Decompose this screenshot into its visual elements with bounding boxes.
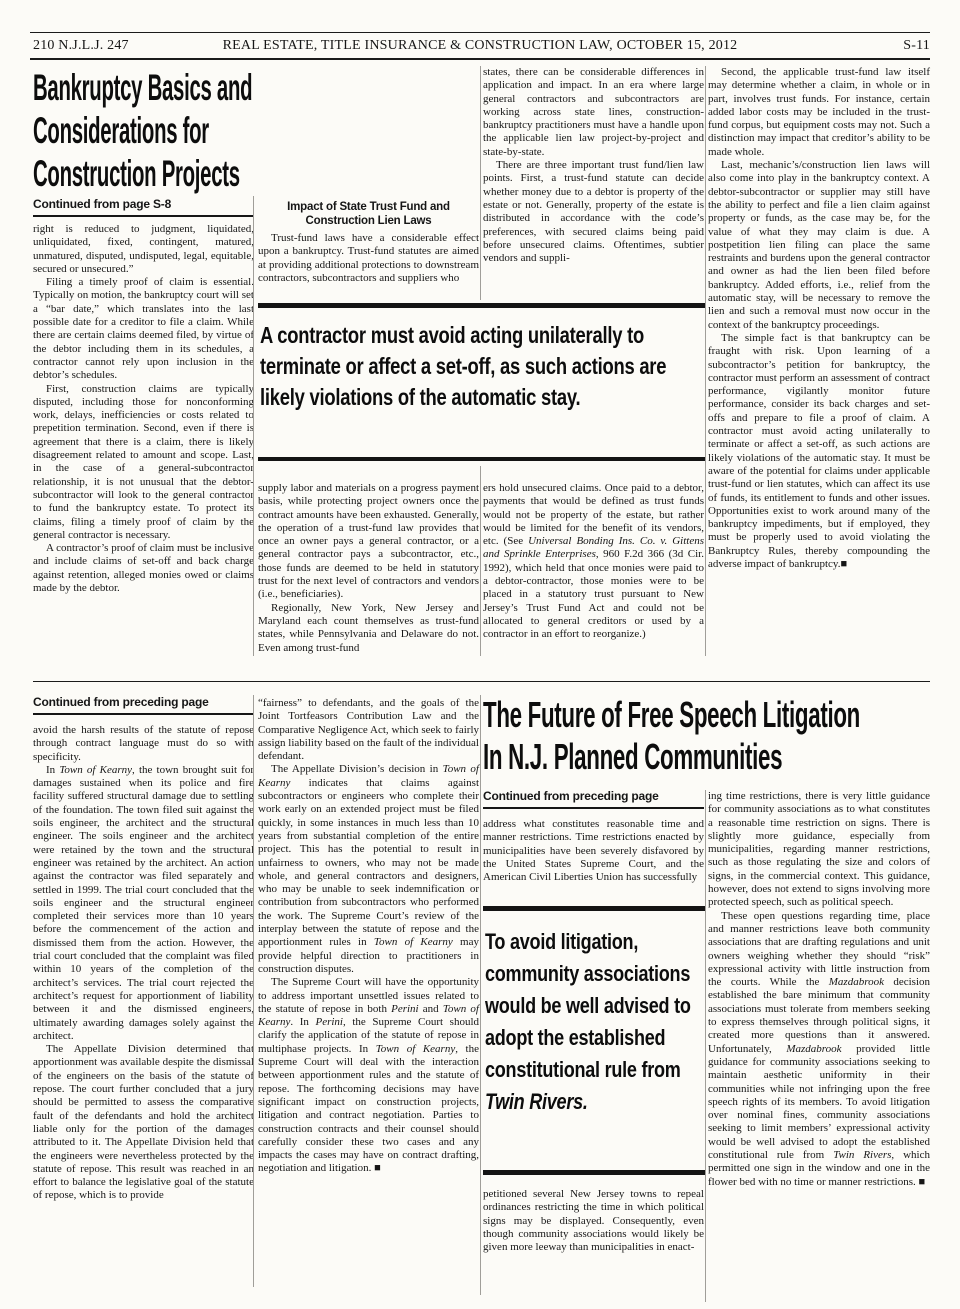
pull-quote-text: To avoid litigation, community associati… <box>485 926 705 1118</box>
article1-column3-top: states, there can be considerable differ… <box>483 66 704 265</box>
masthead-title: REAL ESTATE, TITLE INSURANCE & CONSTRUCT… <box>0 38 960 54</box>
pullquote1-bottom-bar <box>258 457 705 461</box>
section-heading-line2: Construction Lien Laws <box>258 214 479 228</box>
paragraph: address what constitutes reasonable time… <box>483 818 704 884</box>
paragraph: First, construction claims are typically… <box>33 383 254 543</box>
paragraph: Regionally, New York, New Jersey and Mar… <box>258 602 479 655</box>
paragraph: supply labor and materials on a progress… <box>258 482 479 602</box>
paragraph: petitioned several New Jersey towns to r… <box>483 1188 704 1254</box>
paragraph: The simple fact is that bankruptcy can b… <box>708 332 930 571</box>
pullquote1-top-bar <box>258 303 705 308</box>
pullquote2-bottom-bar <box>483 1170 705 1175</box>
article1-column1: right is reduced to judgment, liquidated… <box>33 223 254 595</box>
column-rule <box>253 196 254 656</box>
article3-column2: ing time restrictions, there is very lit… <box>708 790 930 1189</box>
column-rule <box>480 66 481 300</box>
paragraph: Trust-fund laws have a considerable effe… <box>258 232 479 285</box>
article1-column2-top: Trust-fund laws have a considerable effe… <box>258 232 479 285</box>
article3-pull-quote: To avoid litigation, community associati… <box>485 926 705 1118</box>
article3-column1-bottom: petitioned several New Jersey towns to r… <box>483 1188 704 1254</box>
paragraph: states, there can be considerable differ… <box>483 66 704 159</box>
paragraph: Last, mechanic’s/construction lien laws … <box>708 159 930 332</box>
article1-headline-line3: Construction Projects <box>33 152 256 195</box>
paragraph: There are three important trust fund/lie… <box>483 159 704 265</box>
masthead-top-rule <box>30 32 930 33</box>
article2-kicker: Continued from preceding page <box>33 695 254 715</box>
paragraph: Second, the applicable trust-fund law it… <box>708 66 930 159</box>
column-rule <box>480 695 481 1295</box>
paragraph: ing time restrictions, there is very lit… <box>708 790 930 910</box>
column-rule <box>480 466 481 656</box>
paragraph: right is reduced to judgment, liquidated… <box>33 223 254 276</box>
paragraph: “fairness” to defendants, and the goals … <box>258 697 479 763</box>
newspaper-page: 210 N.J.L.J. 247 REAL ESTATE, TITLE INSU… <box>0 0 960 1309</box>
section-divider-rule <box>33 681 930 682</box>
paragraph: Filing a timely proof of claim is essent… <box>33 276 254 382</box>
article3-headline-line2: In N.J. Planned Communities <box>483 736 931 778</box>
article1-column2-bottom: supply labor and materials on a progress… <box>258 482 479 655</box>
column-rule <box>705 790 706 1302</box>
section-heading-line1: Impact of State Trust Fund and <box>258 200 479 214</box>
article3-kicker: Continued from preceding page <box>483 789 704 809</box>
paragraph: avoid the harsh results of the statute o… <box>33 724 254 764</box>
paragraph: The Supreme Court will have the opportun… <box>258 976 479 1175</box>
paragraph: These open questions regarding time, pla… <box>708 910 930 1189</box>
paragraph: ers hold unsecured claims. Once paid to … <box>483 482 704 642</box>
masthead-page-number: S-11 <box>903 38 930 54</box>
article1-headline: Bankruptcy Basics and Considerations for… <box>33 66 254 195</box>
paragraph: The Appellate Division determined that a… <box>33 1043 254 1203</box>
article1-pull-quote: A contractor must avoid acting unilatera… <box>260 320 705 413</box>
article1-kicker: Continued from page S-8 <box>33 197 254 217</box>
pullquote2-top-bar <box>483 906 705 911</box>
pull-quote-text: A contractor must avoid acting unilatera… <box>260 320 705 413</box>
article1-column3-bottom: ers hold unsecured claims. Once paid to … <box>483 482 704 642</box>
article1-column4: Second, the applicable trust-fund law it… <box>708 66 930 571</box>
column-rule <box>705 66 706 656</box>
paragraph: A contractor’s proof of claim must be in… <box>33 542 254 595</box>
column-rule <box>253 695 254 1287</box>
article3-headline-line1: The Future of Free Speech Litigation <box>483 694 931 736</box>
article3-headline: The Future of Free Speech Litigation In … <box>483 694 930 778</box>
article1-headline-line1: Bankruptcy Basics and <box>33 66 256 109</box>
masthead-bottom-rule <box>30 58 930 60</box>
article2-column2: “fairness” to defendants, and the goals … <box>258 697 479 1176</box>
article2-column1: avoid the harsh results of the statute o… <box>33 724 254 1203</box>
trust-fund-section-heading: Impact of State Trust Fund and Construct… <box>258 200 479 228</box>
article3-column1-top: address what constitutes reasonable time… <box>483 818 704 884</box>
article1-headline-line2: Considerations for <box>33 109 256 152</box>
paragraph: In Town of Kearny, the town brought suit… <box>33 764 254 1043</box>
paragraph: The Appellate Division’s decision in Tow… <box>258 763 479 976</box>
